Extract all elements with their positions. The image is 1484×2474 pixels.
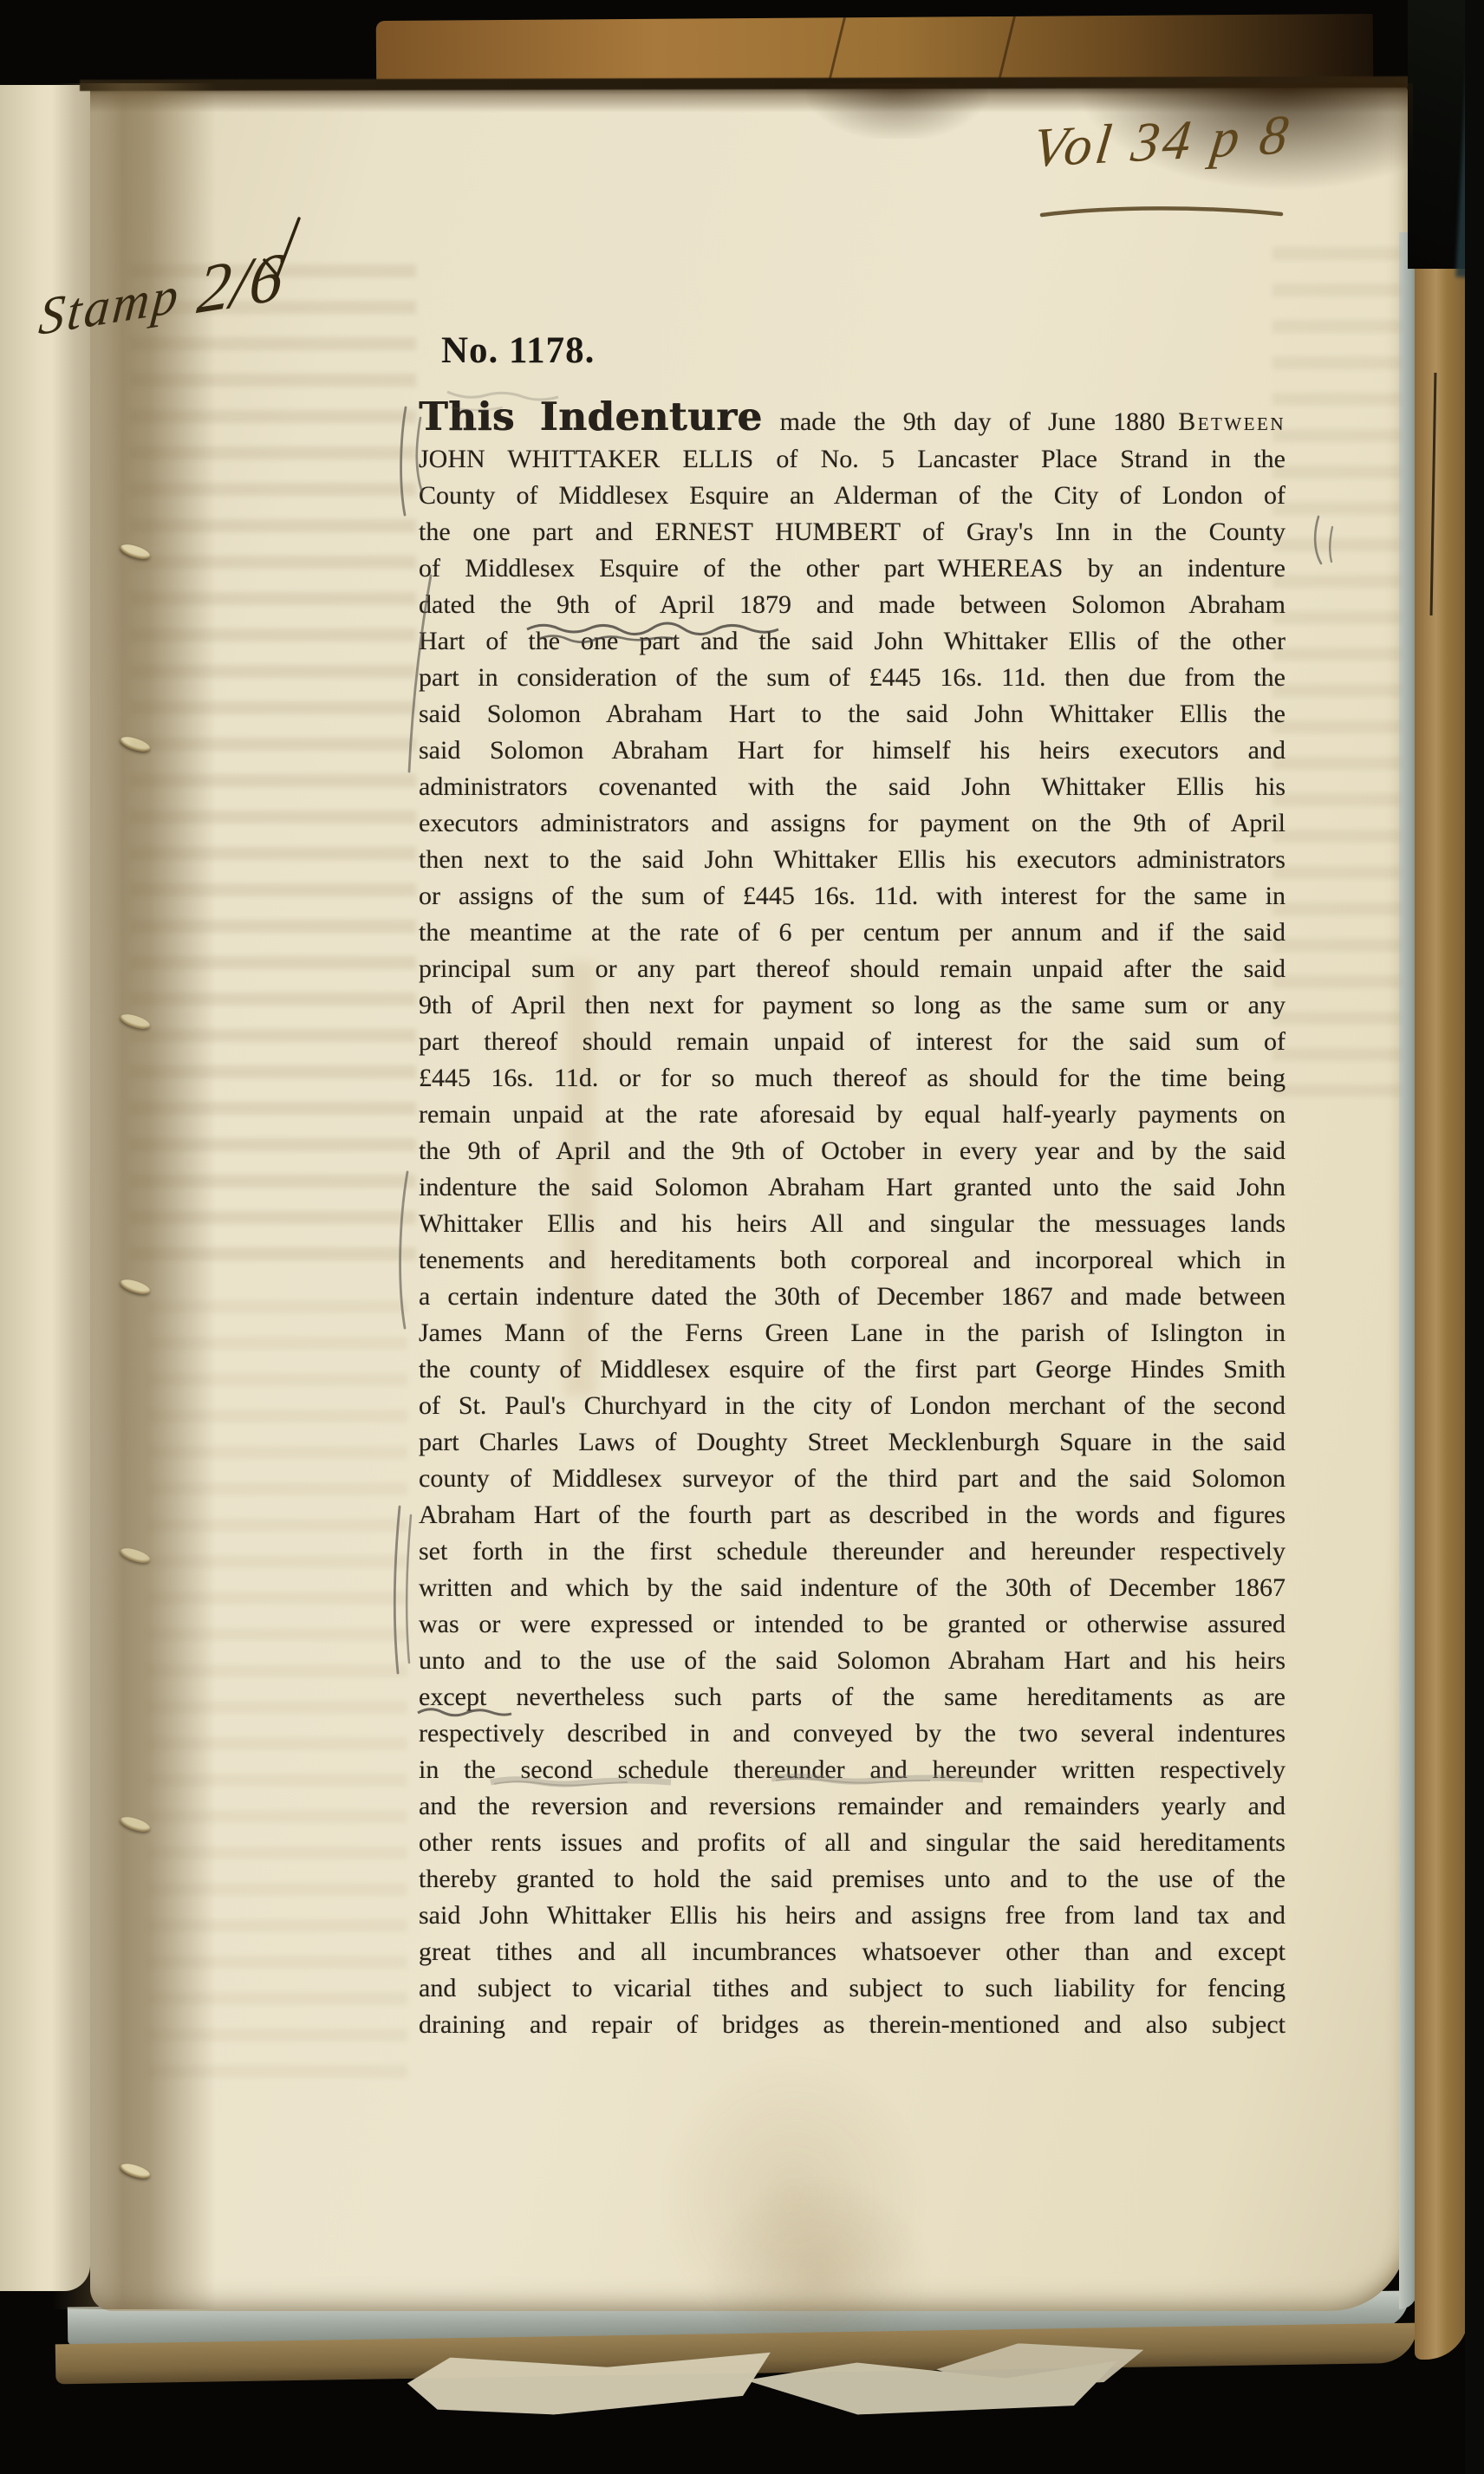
- stamp-value: 2/6: [194, 238, 286, 329]
- text-line: the meantime at the rate of 6 per centum…: [419, 915, 1285, 951]
- text-line-opening: This Indenture made the 9th day of June …: [419, 392, 1285, 441]
- plain-text: made the 9th day of June 1880: [762, 407, 1178, 436]
- text-line: tenements and hereditaments both corpore…: [419, 1242, 1285, 1279]
- text-line: written and which by the said indenture …: [419, 1570, 1285, 1606]
- background-right: [1465, 0, 1484, 2474]
- scanned-ledger-page: Vol 34 p 8 Stamp 2/6 No. 1178. This Inde…: [0, 0, 1484, 2474]
- text-line: and the reversion and reversions remaind…: [419, 1788, 1285, 1825]
- text-line: executors administrators and assigns for…: [419, 805, 1285, 842]
- smallcaps-text: Between: [1178, 407, 1285, 436]
- text-line: Hart of the one part and the said John W…: [419, 623, 1285, 660]
- text-line: JOHN WHITTAKER ELLIS of No. 5 Lancaster …: [419, 441, 1285, 478]
- text-line: thereby granted to hold the said premise…: [419, 1861, 1285, 1898]
- text-line: set forth in the first schedule thereund…: [419, 1533, 1285, 1570]
- text-line: County of Middlesex Esquire an Alderman …: [419, 478, 1285, 514]
- text-line: part thereof should remain unpaid of int…: [419, 1024, 1285, 1060]
- text-line: said Solomon Abraham Hart for himself hi…: [419, 732, 1285, 769]
- text-line: a certain indenture dated the 30th of De…: [419, 1279, 1285, 1315]
- text-line: 9th of April then next for payment so lo…: [419, 987, 1285, 1024]
- text-line: in the second schedule thereunder and he…: [419, 1752, 1285, 1788]
- text-line: of Middlesex Esquire of the other part W…: [419, 550, 1285, 587]
- text-line: the 9th of April and the 9th of October …: [419, 1133, 1285, 1169]
- text-line: said John Whittaker Ellis his heirs and …: [419, 1898, 1285, 1934]
- text-line: or assigns of the sum of £445 16s. 11d. …: [419, 878, 1285, 915]
- facing-page-edge: [0, 85, 90, 2291]
- text-line: the county of Middlesex esquire of the f…: [419, 1351, 1285, 1388]
- text-line: dated the 9th of April 1879 and made bet…: [419, 587, 1285, 623]
- fore-edge-tan-strip: [1415, 50, 1468, 2360]
- text-line: of St. Paul's Churchyard in the city of …: [419, 1388, 1285, 1424]
- text-line: great tithes and all incumbrances whatso…: [419, 1934, 1285, 1970]
- text-line: other rents issues and profits of all an…: [419, 1825, 1285, 1861]
- text-line: administrators covenanted with the said …: [419, 769, 1285, 805]
- text-line: £445 16s. 11d. or for so much thereof as…: [419, 1060, 1285, 1097]
- text-line: unto and to the use of the said Solomon …: [419, 1643, 1285, 1679]
- text-line: indenture the said Solomon Abraham Hart …: [419, 1169, 1285, 1206]
- text-line: James Mann of the Ferns Green Lane in th…: [419, 1315, 1285, 1351]
- text-line: remain unpaid at the rate aforesaid by e…: [419, 1097, 1285, 1133]
- text-line: except nevertheless such parts of the sa…: [419, 1679, 1285, 1716]
- text-line: then next to the said John Whittaker Ell…: [419, 842, 1285, 878]
- text-line: draining and repair of bridges as therei…: [419, 2007, 1285, 2043]
- text-line: part in consideration of the sum of £445…: [419, 660, 1285, 696]
- document-text: This Indenture made the 9th day of June …: [419, 392, 1285, 2043]
- document-number: No. 1178.: [441, 329, 595, 372]
- text-line: Whittaker Ellis and his heirs All and si…: [419, 1206, 1285, 1242]
- text-line: Abraham Hart of the fourth part as descr…: [419, 1497, 1285, 1533]
- text-line: principal sum or any part thereof should…: [419, 951, 1285, 987]
- text-line: county of Middlesex surveyor of the thir…: [419, 1461, 1285, 1497]
- text-line: the one part and ERNEST HUMBERT of Gray'…: [419, 514, 1285, 550]
- text-line: was or were expressed or intended to be …: [419, 1606, 1285, 1643]
- text-line: respectively described in and conveyed b…: [419, 1716, 1285, 1752]
- text-line: said Solomon Abraham Hart to the said Jo…: [419, 696, 1285, 732]
- blackletter-text: This Indenture: [419, 394, 762, 439]
- text-line: part Charles Laws of Doughty Street Meck…: [419, 1424, 1285, 1461]
- text-line: and subject to vicarial tithes and subje…: [419, 1970, 1285, 2007]
